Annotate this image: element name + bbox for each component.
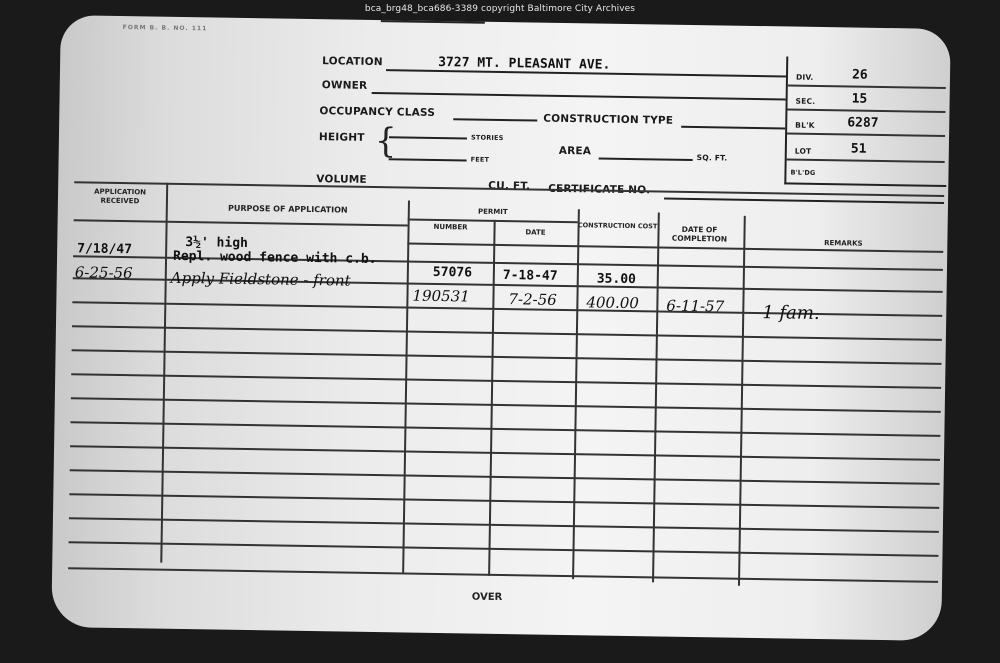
feet-line [389,158,467,161]
div-label: DIV. [796,73,814,82]
sec-label: SEC. [796,97,816,106]
area-label: AREA [559,145,591,158]
row-line [68,567,938,582]
header-bottom-left [74,219,408,226]
lot-value: 51 [851,141,867,156]
row2-remarks: 1 fam. [762,302,820,324]
row1-received: 7/18/47 [77,241,132,257]
bldg-label: B'L'DG [790,169,815,177]
stories-line [389,136,467,139]
blk-line [787,132,945,136]
row2-permit-number: 190531 [412,287,470,306]
col-divider-1 [160,183,167,563]
row1-purpose: Repl. wood fence with c.b. [173,249,377,267]
row-line [71,373,941,388]
sq-ft-label: SQ. FT. [697,153,728,162]
permit-record-card: FORM B. B. NO. 111 LOCATION 3727 MT. PLE… [51,15,951,641]
image-caption: bca_brg48_bca686-3389 copyright Baltimor… [0,4,1000,14]
lot-label: LOT [795,147,812,156]
col-permit-number: NUMBER [408,223,494,233]
row-line [69,493,939,508]
construction-type-label: CONSTRUCTION TYPE [543,113,673,127]
owner-label: OWNER [322,79,368,92]
area-line [599,158,693,161]
row-line [70,445,940,460]
parcel-box: DIV. 26 SEC. 15 BL'K 6287 LOT 51 B'L'DG [784,56,948,187]
occupancy-class-line [453,118,537,121]
owner-line [372,92,786,100]
row1-permit-date: 7-18-47 [503,268,558,284]
over-label: OVER [472,592,503,603]
row2-received: 6-25-56 [75,263,133,282]
col-date-of-completion: DATE OF COMPLETION [657,224,741,243]
col-permit-date: DATE [493,228,577,238]
col-purpose: PURPOSE OF APPLICATION [168,203,408,216]
blk-value: 6287 [847,115,879,130]
height-label: HEIGHT [319,131,365,144]
col-divider-3 [488,220,495,576]
feet-label: FEET [471,156,490,164]
sec-line [787,108,945,112]
volume-line [381,20,485,23]
div-line [788,84,946,88]
lot-line [787,158,945,162]
location-value: 3727 MT. PLEASANT AVE. [438,55,610,73]
col-divider-6 [738,216,745,586]
row2-cost: 400.00 [586,293,639,312]
row-line [70,421,940,436]
div-value: 26 [852,67,868,82]
sec-value: 15 [852,91,868,106]
stories-label: STORIES [471,134,504,143]
form-number: FORM B. B. NO. 111 [123,24,208,32]
row-line [70,469,940,484]
row2-completion: 6-11-57 [666,297,724,316]
col-construction-cost: CONSTRUCTION COST [578,221,658,231]
volume-label: VOLUME [316,173,367,186]
cu-ft-label: CU. FT. [488,180,530,193]
location-label: LOCATION [322,55,383,68]
col-permit: PERMIT [408,207,578,219]
row-line [69,517,939,532]
height-brace: { [375,124,397,158]
certificate-line [664,198,944,204]
row1-cost: 35.00 [597,271,636,287]
construction-type-line [681,126,785,129]
occupancy-class-label: OCCUPANCY CLASS [319,105,435,119]
row-line [71,397,941,412]
row2-purpose: Apply Fieldstone - front [171,269,351,290]
col-application-received: APPLICATION RECEIVED [74,187,166,206]
row1-permit-number: 57076 [433,265,472,281]
blk-label: BL'K [795,121,815,130]
col-divider-2 [402,201,409,573]
row-line [72,325,942,340]
row-line [72,349,942,364]
row-line [69,541,939,556]
row2-permit-date: 7-2-56 [508,290,557,309]
